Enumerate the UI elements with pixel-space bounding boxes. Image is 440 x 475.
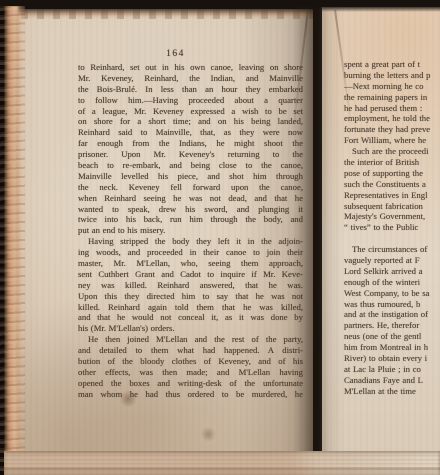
- text-line: —Next morning he co: [344, 81, 440, 92]
- text-line: twice into his back, run him through the…: [78, 214, 303, 225]
- text-line: and detailed to them what had happened. …: [78, 345, 303, 356]
- text-line: Having stripped the body they left it in…: [78, 236, 303, 247]
- text-line: other effects, was then made; and M'Lell…: [78, 367, 303, 378]
- text-line: neus (one of the gentl: [344, 331, 440, 342]
- text-line: pose of supporting the: [344, 168, 440, 179]
- text-line: Majesty's Government,: [344, 211, 440, 222]
- text-line: at Lac la Pluie ; in co: [344, 364, 440, 375]
- text-line: his (Mr. M'Lellan's) orders.: [78, 323, 303, 334]
- text-line: M'Lellan at the time: [344, 386, 440, 397]
- text-line: the remaining papers in: [344, 92, 440, 103]
- text-line: Upon this they directed him to say that …: [78, 291, 303, 302]
- text-line: was thus rumoured, b: [344, 299, 440, 310]
- text-line: burning the letters and p: [344, 70, 440, 81]
- text-line: him from Montreal in h: [344, 342, 440, 353]
- text-line: vaguely reported at F: [344, 255, 440, 266]
- text-line: Mr. Keveney, Reinhard, the Indian, and M…: [78, 73, 303, 84]
- text-line: wanted to speak, drew his sword, and plu…: [78, 204, 303, 215]
- text-line: [344, 233, 440, 244]
- bottom-page-edges: [4, 451, 440, 475]
- text-line: Fort William, where he: [344, 135, 440, 146]
- page-number: 164: [63, 49, 288, 59]
- text-line: the Bois-Brulé. In less than an hour the…: [78, 84, 303, 95]
- text-line: prisoner. Upon Mr. Keveney's returning t…: [78, 149, 303, 160]
- right-page-text: spent a great part of t burning the lett…: [344, 59, 440, 397]
- text-line: master, Mr. M'Lellan, who, seeing them a…: [78, 258, 303, 269]
- text-line: “ tives” to the Public: [344, 222, 440, 233]
- text-line: the interior of British: [344, 157, 440, 168]
- text-line: The circumstances of: [344, 244, 440, 255]
- text-line: fortunate they had preve: [344, 124, 440, 135]
- text-line: ing woods, and proceeded in their canoe …: [78, 247, 303, 258]
- text-line: he had perused them :: [344, 103, 440, 114]
- text-line: Such are the proceedi: [344, 146, 440, 157]
- text-line: River) to obtain every i: [344, 353, 440, 364]
- text-line: beach to re-embark, and being close to t…: [78, 160, 303, 171]
- text-line: ney was killed. Reinhard answered, that …: [78, 280, 303, 291]
- fore-edge: [0, 6, 25, 475]
- text-line: and at the instigation of: [344, 309, 440, 320]
- text-line: enough of the winteri: [344, 277, 440, 288]
- left-page-text: to Reinhard, set out in his own canoe, l…: [78, 62, 303, 400]
- text-line: opened the boxes and writing-desk of the…: [78, 378, 303, 389]
- text-line: Lord Selkirk arrived a: [344, 266, 440, 277]
- text-line: killed. Reinhard again told them that he…: [78, 302, 303, 313]
- text-line: Reinhard said to Mainville, that, as the…: [78, 127, 303, 138]
- text-line: spent a great part of t: [344, 59, 440, 70]
- text-line: put an end to his misery.: [78, 225, 303, 236]
- text-line: bution of the bloody clothes of Keveney,…: [78, 356, 303, 367]
- text-line: West Company, to be sa: [344, 288, 440, 299]
- text-line: Representatives in Engl: [344, 190, 440, 201]
- text-line: partners. He, therefor: [344, 320, 440, 331]
- text-line: the neck. Keveney fell forward upon the …: [78, 182, 303, 193]
- text-line: far enough from the Indians, he might sh…: [78, 138, 303, 149]
- text-line: Mainville levelled his piece, and shot h…: [78, 171, 303, 182]
- text-line: man whom he had thus ordered to be murde…: [78, 389, 303, 400]
- book-scan: 164 to Reinhard, set out in his own cano…: [0, 0, 440, 475]
- text-line: to Reinhard, set out in his own canoe, l…: [78, 62, 303, 73]
- text-line: subsequent fabrication: [344, 201, 440, 212]
- text-line: of a league, Mr. Keveney expressed a wis…: [78, 106, 303, 117]
- text-line: on shore for a short time; and on his be…: [78, 116, 303, 127]
- text-line: and that he would not conceal it, as it …: [78, 312, 303, 323]
- text-line: Canadians Faye and L: [344, 375, 440, 386]
- text-line: He then joined M'Lellan and the rest of …: [78, 334, 303, 345]
- text-line: sent Cuthbert Grant and Cadot to inquire…: [78, 269, 303, 280]
- text-line: employment, he told the: [344, 113, 440, 124]
- text-line: to follow him.—Having proceeded about a …: [78, 95, 303, 106]
- text-line: such the Constituents a: [344, 179, 440, 190]
- text-line: when Reinhard seeing he was not dead, an…: [78, 193, 303, 204]
